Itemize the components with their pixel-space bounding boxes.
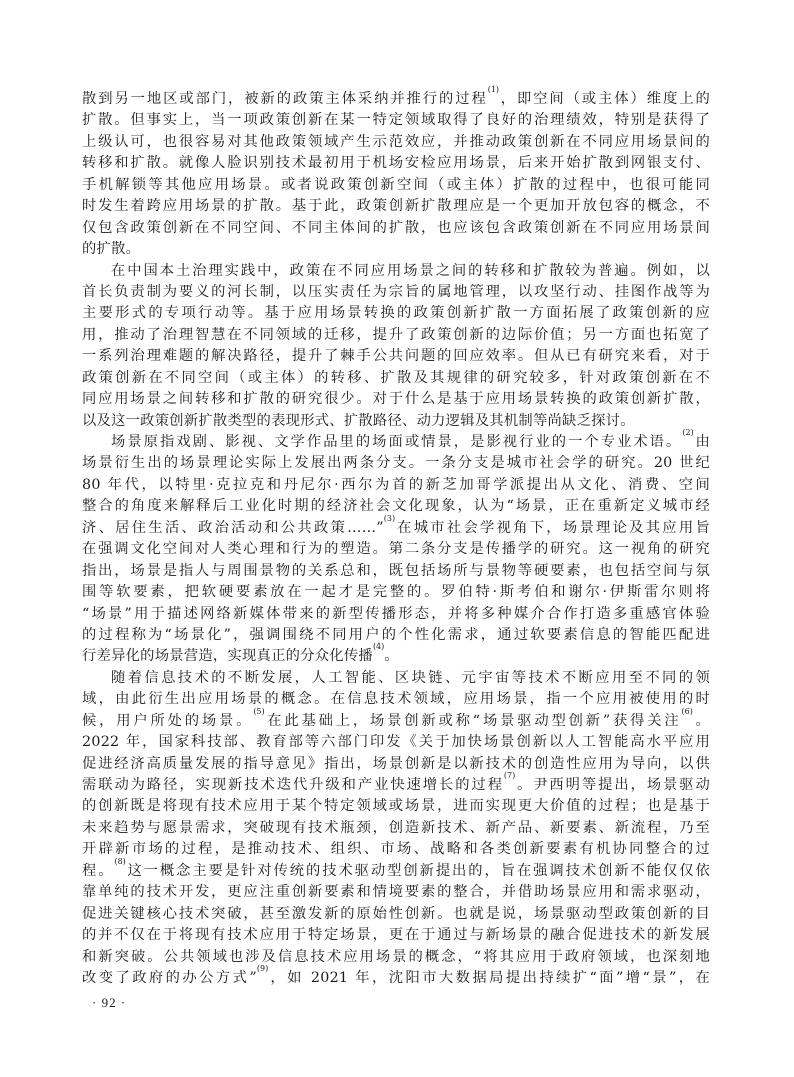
text-line: “场景”用于描述网络新媒体带来的新型传播形态，并将多种媒介合作打造多重感官体验 — [82, 604, 710, 625]
text-line: 改变了政府的办公方式”(9)，如 2021 年，沈阳市大数据局提出持续扩“面”增… — [82, 968, 710, 989]
text-line: 的并不仅在于将现有技术应用于特定场景，更在于通过与新场景的融合促进技术的新发展 — [82, 925, 710, 946]
footnote-ref[interactable]: (5) — [253, 707, 264, 716]
text-line: 一系列治理难题的解决路径，提升了棘手公共问题的回应效率。但从已有研究来看，对于 — [82, 346, 710, 367]
text-line: 以及这一政策创新扩散类型的表现形式、扩散路径、动力逻辑及其机制等尚缺乏探讨。 — [82, 411, 710, 432]
text-line: 促进经济高质量发展的指导意见》指出，场景创新是以新技术的创造性应用为导向，以供 — [82, 754, 710, 775]
text-line: 政策创新在不同空间（或主体）的转移、扩散及其规律的研究较多，针对政策创新在不 — [82, 368, 710, 389]
page-number: · 92 · — [92, 995, 126, 1011]
footnote-ref[interactable]: (2) — [682, 428, 693, 437]
text-line: 手机解锁等其他应用场景。或者说政策创新空间（或主体）扩散的过程中，也很可能同 — [82, 175, 710, 196]
text-line: 域，由此衍生出应用场景的概念。在信息技术领域，应用场景，指一个应用被使用的时 — [82, 689, 710, 710]
text-line: 促进关键核心技术突破，甚至激发新的原始性创新。也就是说，场景驱动型政策创新的目 — [82, 904, 710, 925]
text-line: 场景衍生出的场景理论实际上发展出两条分支。一条分支是城市社会学的研究。20 世纪 — [82, 453, 710, 474]
text-line: 用，推动了治理智慧在不同领域的迁移，提升了政策创新的边际价值；另一方面也拓宽了 — [82, 325, 710, 346]
text-line: 主要形式的专项行动等。基于应用场景转换的政策创新扩散一方面拓展了政策创新的应 — [82, 303, 710, 324]
paragraph-1: 散到另一地区或部门，被新的政策主体采纳并推行的过程(1)，即空间（或主体）维度上… — [82, 89, 710, 261]
footnote-ref[interactable]: (1) — [488, 85, 499, 94]
text-line: 时发生着跨应用场景的扩散。基于此，政策创新扩散理应是一个更加开放包容的概念，不 — [82, 196, 710, 217]
text-line: 和新突破。公共领域也涉及信息技术应用场景的概念，“将其应用于政府领域，也深刻地 — [82, 947, 710, 968]
footnote-ref[interactable]: (4) — [373, 642, 384, 651]
text-line: 场景原指戏剧、影视、文学作品里的场面或情景，是影视行业的一个专业术语。(2)由 — [82, 432, 710, 453]
text-line: 的创新既是将现有技术应用于某个特定领域或场景，进而实现更大价值的过程；也是基于 — [82, 796, 710, 817]
article-body: 散到另一地区或部门，被新的政策主体采纳并推行的过程(1)，即空间（或主体）维度上… — [82, 89, 710, 989]
text-line: 靠单纯的技术开发，更应注重创新要素和情境要素的整合，并借助场景应用和需求驱动， — [82, 882, 710, 903]
text-line: 扩散。但事实上，当一项政策创新在某一特定领域取得了良好的治理绩效，特别是获得了 — [82, 110, 710, 131]
text-line: 的扩散。 — [82, 239, 710, 260]
text-line: 需联动为路径，实现新技术迭代升级和产业快速增长的过程(7)。尹西明等提出，场景驱… — [82, 775, 710, 796]
text-line: 行差异化的场景营造，实现真正的分众化传播(4)。 — [82, 646, 710, 667]
text-line: 的过程称为“场景化”，强调围绕不同用户的个性化需求，通过软要素信息的智能匹配进 — [82, 625, 710, 646]
text-line: 程。(8)这一概念主要是针对传统的技术驱动型创新提出的，旨在强调技术创新不能仅仅… — [82, 861, 710, 882]
footnote-ref[interactable]: (6) — [682, 707, 693, 716]
text-line: 整合的角度来解释后工业化时期的经济社会文化现象，认为“场景，正在重新定义城市经 — [82, 496, 710, 517]
text-line: 未来趋势与愿景需求，突破现有技术瓶颈，创造新技术、新产品、新要素、新流程，乃至 — [82, 818, 710, 839]
text-line: 同应用场景之间转移和扩散的研究很少。对于什么是基于应用场景转换的政策创新扩散， — [82, 389, 710, 410]
text-line: 指出，场景是指人与周围景物的关系总和，既包括场所与景物等硬要素，也包括空间与氛 — [82, 561, 710, 582]
paragraph-4: 随着信息技术的不断发展，人工智能、区块链、元宇宙等技术不断应用至不同的领 域，由… — [82, 668, 710, 990]
paragraph-3: 场景原指戏剧、影视、文学作品里的场面或情景，是影视行业的一个专业术语。(2)由 … — [82, 432, 710, 668]
text-line: 首长负责制为要义的河长制，以压实责任为宗旨的属地管理，以攻坚行动、挂图作战等为 — [82, 282, 710, 303]
text-line: 上级认可，也很容易对其他政策领域产生示范效应，并推动政策创新在不同应用场景间的 — [82, 132, 710, 153]
footnote-ref[interactable]: (8) — [114, 857, 125, 866]
text-line: 在强调文化空间对人类心理和行为的塑造。第二条分支是传播学的研究。这一视角的研究 — [82, 539, 710, 560]
text-line: 80 年代，以特里·克拉克和丹尼尔·西尔为首的新芝加哥学派提出从文化、消费、空间 — [82, 475, 710, 496]
text-line: 仅包含政策创新在不同空间、不同主体间的扩散，也应该包含政策创新在不同应用场景间 — [82, 218, 710, 239]
text-line: 转移和扩散。就像人脸识别技术最初用于机场安检应用场景，后来开始扩散到网银支付、 — [82, 153, 710, 174]
footnote-ref[interactable]: (9) — [257, 964, 268, 973]
text-line: 围等软要素，把软硬要素放在一起才是完整的。罗伯特·斯考伯和谢尔·伊斯雷尔则将 — [82, 582, 710, 603]
text-line: 2022 年，国家科技部、教育部等六部门印发《关于加快场景创新以人工智能高水平应… — [82, 732, 710, 753]
text-line: 候，用户所处的场景。(5)在此基础上，场景创新或称“场景驱动型创新”获得关注(6… — [82, 711, 710, 732]
text-line: 济、居住生活、政治活动和公共政策……”(3)在城市社会学视角下，场景理论及其应用… — [82, 518, 710, 539]
text-line: 随着信息技术的不断发展，人工智能、区块链、元宇宙等技术不断应用至不同的领 — [82, 668, 710, 689]
text-line: 开辟新市场的过程，是推动技术、组织、市场、战略和各类创新要素有机协同整合的过 — [82, 839, 710, 860]
footnote-ref[interactable]: (7) — [504, 771, 515, 780]
footnote-ref[interactable]: (3) — [384, 514, 395, 523]
paragraph-2: 在中国本土治理实践中，政策在不同应用场景之间的转移和扩散较为普遍。例如，以 首长… — [82, 261, 710, 433]
text-line: 散到另一地区或部门，被新的政策主体采纳并推行的过程(1)，即空间（或主体）维度上… — [82, 89, 710, 110]
text-line: 在中国本土治理实践中，政策在不同应用场景之间的转移和扩散较为普遍。例如，以 — [82, 261, 710, 282]
